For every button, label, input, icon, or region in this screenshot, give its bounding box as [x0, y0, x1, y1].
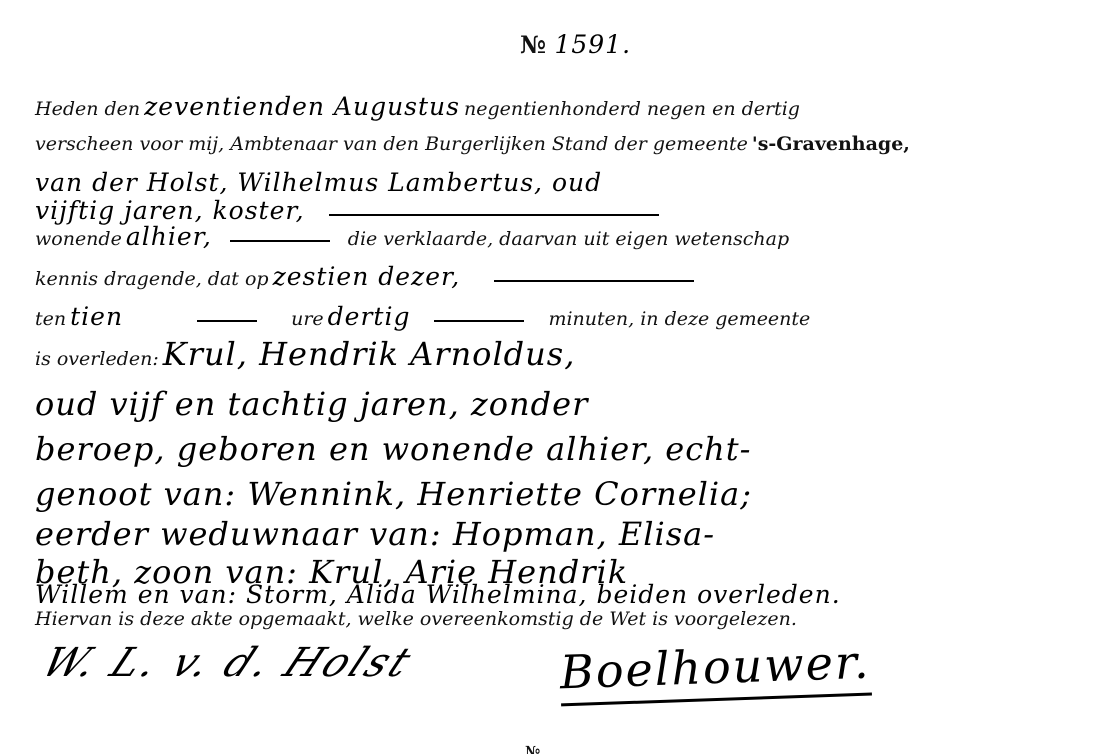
line-widower: eerder weduwnaar van: Hopman, Elisa- — [35, 515, 715, 553]
line-closing: Hiervan is deze akte opgemaakt, welke ov… — [35, 608, 797, 630]
line-mother: Willem en van: Storm, Alida Wilhelmina, … — [35, 580, 841, 609]
number-value: 1591. — [554, 30, 631, 59]
line-knowledge: kennis dragende, dat op zestien dezer, — [35, 262, 694, 291]
registrar-signature: Boelhouwer. — [559, 635, 871, 707]
line-residence: wonende alhier, die verklaarde, daarvan … — [35, 222, 789, 251]
declarant-signature: W. L. v. d. Holst — [34, 640, 421, 686]
fill-rule — [329, 214, 659, 216]
line-spouse: genoot van: Wennink, Henriette Cornelia; — [35, 475, 752, 513]
fill-rule — [434, 320, 524, 322]
number-sign: № — [520, 30, 546, 59]
line-declarant-age: vijftig jaren, koster, — [35, 196, 659, 225]
line-occupation: beroep, geboren en wonende alhier, echt- — [35, 430, 751, 468]
fill-rule — [494, 280, 694, 282]
line-date: Heden den zeventienden Augustus negentie… — [35, 92, 800, 121]
certificate-page: № 1591. Heden den zeventienden Augustus … — [0, 0, 1095, 755]
line-appeared: verscheen voor mij, Ambtenaar van den Bu… — [35, 133, 910, 155]
fill-rule — [197, 320, 257, 322]
next-page-number-fragment: № — [525, 744, 553, 754]
line-declarant-name: van der Holst, Wilhelmus Lambertus, oud — [35, 168, 602, 197]
line-time: ten tien ure dertig minuten, in deze gem… — [35, 302, 810, 331]
line-age: oud vijf en tachtig jaren, zonder — [35, 385, 588, 423]
line-deceased: is overleden: Krul, Hendrik Arnoldus, — [35, 335, 575, 373]
fill-rule — [230, 240, 330, 242]
certificate-number: № 1591. — [520, 30, 631, 59]
